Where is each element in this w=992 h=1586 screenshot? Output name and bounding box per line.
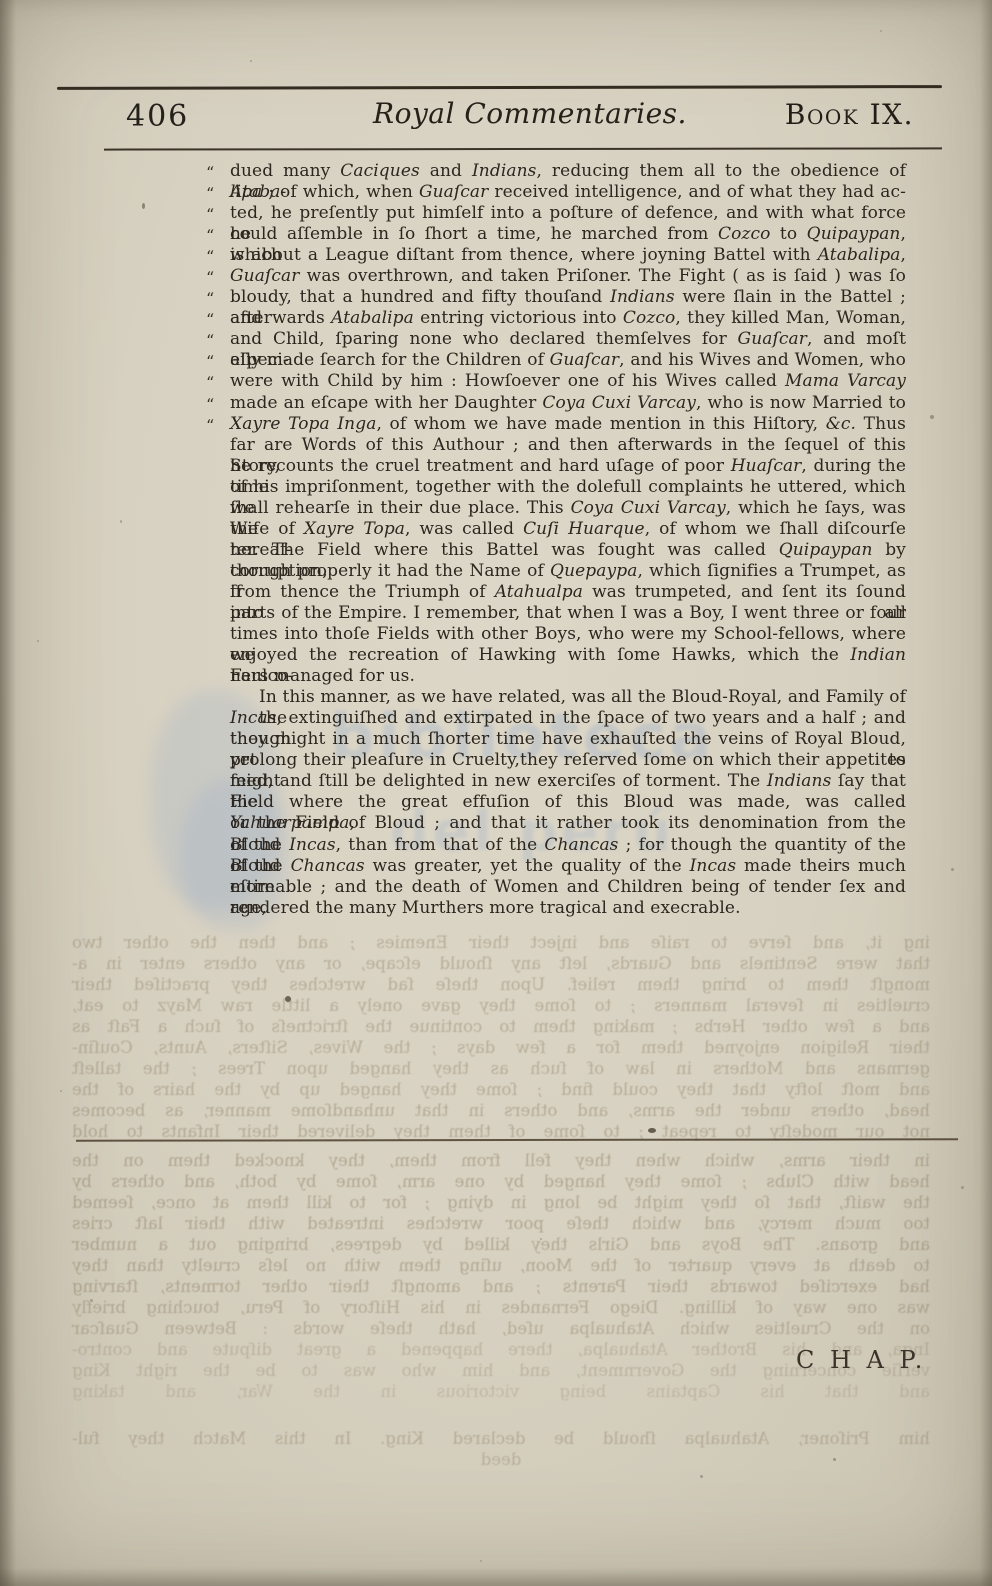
book-page-scan: { "page": { "number": "406", "running_ti… xyxy=(0,0,992,1586)
text-line: “bloudy, that a hundred and fifty thouſa… xyxy=(230,287,906,308)
text-line: ſhall rehearſe in their due place. This … xyxy=(230,498,906,519)
text: to xyxy=(770,224,806,244)
bleedthrough-line: on the Cruelties which Atahualpa uſed, h… xyxy=(72,1318,930,1339)
text-line: “ally made ſearch for the Children of Gu… xyxy=(230,350,906,371)
ink-speck xyxy=(540,1238,542,1240)
quotation-mark: “ xyxy=(206,204,214,225)
text-line: of his impriſonment, together with the d… xyxy=(230,477,906,498)
text: of the xyxy=(230,856,291,876)
text-line: eſtimable ; and the death of Women and C… xyxy=(230,877,906,898)
text: he recounts the cruel treatment and hard… xyxy=(230,456,731,476)
text-block: “dued many Caciques and Indians, reducin… xyxy=(230,161,906,919)
text-line: “Xayre Topa Inga, of whom we have made m… xyxy=(230,414,906,435)
italic-text: Caciques xyxy=(340,161,420,181)
quotation-mark: “ xyxy=(206,162,214,183)
text: was greater, yet the quality of the xyxy=(365,856,690,876)
page-right-shadow xyxy=(980,0,992,1586)
section-divider-rule xyxy=(76,1138,958,1142)
text-line: prolong their pleaſure in Cruelty,they r… xyxy=(230,750,906,771)
bleedthrough-line: that were Sentinels and Guards, leſt any… xyxy=(72,953,930,974)
italic-text: Cuſi Huarque xyxy=(523,519,645,539)
text: though properly it had the Name of xyxy=(230,561,550,581)
text-line: of the Incas, than from that of the Chan… xyxy=(230,835,906,856)
text: bloudy, that a hundred and fifty thouſan… xyxy=(230,287,610,307)
quotation-mark: “ xyxy=(206,351,214,372)
text: , of whom we have made mention in this H… xyxy=(376,414,825,434)
italic-text: Huaſcar xyxy=(731,456,802,476)
quotation-mark: “ xyxy=(206,183,214,204)
text-line: “and Child, ſparing none who declared th… xyxy=(230,329,906,350)
text: Thus xyxy=(856,414,906,434)
bleedthrough-line: mongſt them to bring them relief. Upon t… xyxy=(72,974,930,995)
ink-speck xyxy=(60,1090,62,1092)
text-line: of the Chancas was greater, yet the qual… xyxy=(230,856,906,877)
text-line: Field where the great effuſion of this B… xyxy=(230,792,906,813)
text: Wife of xyxy=(230,519,304,539)
text: could aſſemble in ſo ſhort a time, he ma… xyxy=(230,224,718,244)
text-line: ners managed for us. xyxy=(230,666,906,687)
text-line: from thence the Triumph of Atahualpa was… xyxy=(230,582,906,603)
catchword: C H A P. xyxy=(796,1346,926,1374)
text: , was called xyxy=(405,519,523,539)
italic-text: Mama Varcay xyxy=(785,371,906,391)
text: was overthrown, and taken Priſoner. The … xyxy=(299,266,906,286)
ink-speck xyxy=(930,415,934,419)
italic-text: Atahualpa xyxy=(495,582,583,602)
text-line: feed, and ſtill be delighted in new exer… xyxy=(230,771,906,792)
text-line: enjoyed the recreation of Hawking with ſ… xyxy=(230,645,906,666)
text: dued many xyxy=(230,161,340,181)
text: of the xyxy=(230,835,289,855)
italic-text: &c. xyxy=(826,414,856,434)
bleedthrough-line: the waiſt, that ſo they might be long in… xyxy=(72,1192,930,1213)
text: enjoyed the recreation of Hawking with ſ… xyxy=(230,645,850,665)
italic-text: Quipaypan xyxy=(779,540,873,560)
text: from thence the Triumph of xyxy=(230,582,495,602)
page-bottom-shadow xyxy=(0,1568,992,1586)
text: afterwards xyxy=(230,308,331,328)
header-rule-bottom xyxy=(104,147,942,150)
bleedthrough-line: deed xyxy=(72,1449,930,1470)
ink-speck xyxy=(961,1186,964,1189)
ink-speck xyxy=(90,1299,93,1302)
text: and xyxy=(420,161,472,181)
italic-text: Incas xyxy=(230,708,277,728)
quotation-mark: “ xyxy=(206,246,214,267)
italic-text: Indians xyxy=(472,161,537,181)
text: , and his Wives and Women, who xyxy=(619,350,906,370)
ink-speck xyxy=(833,1458,836,1461)
text-line: ter. The Field where this Battel was fou… xyxy=(230,540,906,561)
ink-speck xyxy=(120,520,122,523)
text: ter. The Field where this Battel was fou… xyxy=(230,540,779,560)
text: entring victorious into xyxy=(414,308,623,328)
header-rule-top xyxy=(57,85,942,90)
bleedthrough-line: too much mercy, and which theſe poor wre… xyxy=(72,1213,930,1234)
text-line: “is about a League diſtant from thence, … xyxy=(230,245,906,266)
ink-speck xyxy=(951,868,954,871)
ink-speck xyxy=(250,60,252,62)
text: and Child, ſparing none who declared the… xyxy=(230,329,738,349)
text: feed, and ſtill be delighted in new exer… xyxy=(230,771,767,791)
text-line: though properly it had the Name of Quepa… xyxy=(230,561,906,582)
text-line: they might in a much ſhorter time have e… xyxy=(230,729,906,750)
text: , xyxy=(900,245,906,265)
italic-text: Xayre Topa Inga xyxy=(230,414,376,434)
bleedthrough-line: head, others under the arms, and others … xyxy=(72,1100,930,1121)
italic-text: Incas xyxy=(690,856,737,876)
quotation-mark: “ xyxy=(206,267,214,288)
quotation-mark: “ xyxy=(206,330,214,351)
text: ſhall rehearſe in their due place. This xyxy=(230,498,571,518)
text: , who is now Married to xyxy=(696,393,906,413)
text: , they killed Man, Woman, xyxy=(675,308,906,328)
bleedthrough-line: had exerciſed towards their Parents ; an… xyxy=(72,1276,930,1297)
text-line: “could aſſemble in ſo ſhort a time, he m… xyxy=(230,224,906,245)
italic-text: Indians xyxy=(610,287,675,307)
text-line: Wife of Xayre Topa, was called Cuſi Huar… xyxy=(230,519,906,540)
ink-speck xyxy=(37,640,39,642)
text: were with Child by him : Howſoever one o… xyxy=(230,371,785,391)
italic-text: Indian xyxy=(850,645,906,665)
quotation-mark: “ xyxy=(206,309,214,330)
quotation-mark: “ xyxy=(206,415,214,436)
bleedthrough-line: and groans. The Boys and Girls they kill… xyxy=(72,1234,930,1255)
bleedthrough-line: germans and Mothers in law of ſuch as th… xyxy=(72,1058,930,1079)
text-line: “Guaſcar was overthrown, and taken Priſo… xyxy=(230,266,906,287)
bleedthrough-line: and that his Captains being victorious i… xyxy=(72,1381,930,1402)
text-line: In this manner, as we have related, was … xyxy=(230,687,906,708)
italic-text: lipa xyxy=(230,182,262,202)
quotation-mark: “ xyxy=(206,372,214,393)
text-line: rendered the many Murthers more tragical… xyxy=(230,898,906,919)
text-line: “made an eſcape with her Daughter Coya C… xyxy=(230,393,906,414)
bleedthrough-line: and a few other Herbs ; making them to c… xyxy=(72,1016,930,1037)
quotation-mark: “ xyxy=(206,288,214,309)
text-line: “ted, he preſently put himſelf into a po… xyxy=(230,203,906,224)
text-line: Incas, extinguiſhed and extirpated in th… xyxy=(230,708,906,729)
italic-text: Quipaypan xyxy=(807,224,901,244)
ink-speck xyxy=(880,30,882,32)
text-line: or the Field of Bloud ; and that it rath… xyxy=(230,813,906,834)
text: ners managed for us. xyxy=(230,666,415,686)
italic-text: Coya Cuxi Varcay xyxy=(571,498,726,518)
text: ally made ſearch for the Children of xyxy=(230,350,550,370)
text-line: far are Words of this Authour ; and then… xyxy=(230,435,906,456)
italic-text: Guaſcar xyxy=(419,182,488,202)
italic-text: Incas xyxy=(289,835,336,855)
ink-speck xyxy=(285,996,291,1002)
book-label: Book IX. xyxy=(785,98,914,131)
text-line: “afterwards Atabalipa entring victorious… xyxy=(230,308,906,329)
ink-speck xyxy=(700,1475,703,1478)
text-line: he recounts the cruel treatment and hard… xyxy=(230,456,906,477)
quotation-mark: “ xyxy=(206,225,214,246)
italic-text: Cozco xyxy=(623,308,675,328)
bleedthrough-line: to death at every quarter of the Moon, u… xyxy=(72,1255,930,1276)
italic-text: Chancas xyxy=(291,856,365,876)
text-line: times into thoſe Fields with other Boys,… xyxy=(230,624,906,645)
bleedthrough-line: head with Clubs ; ſome they hanged by on… xyxy=(72,1171,930,1192)
bleedthrough-line: in their arms, which when they fell from… xyxy=(72,1150,930,1171)
text-line: “were with Child by him : Howſoever one … xyxy=(230,371,906,392)
text: received intelligence, and of what they … xyxy=(488,182,906,202)
text-line: “dued many Caciques and Indians, reducin… xyxy=(230,161,906,182)
italic-text: Quepaypa xyxy=(550,561,637,581)
italic-text: Guaſcar xyxy=(738,329,807,349)
ink-speck xyxy=(648,1128,656,1133)
bleedthrough-line: their Religion enjoyned them for a few d… xyxy=(72,1037,930,1058)
quotation-mark: “ xyxy=(206,394,214,415)
bleedthrough-line: and moſt lofty that they could find ; ſo… xyxy=(72,1079,930,1100)
text: parts of the Empire. I remember, that wh… xyxy=(230,603,906,623)
italic-text: Coya Cuxi Varcay xyxy=(542,393,696,413)
text: rendered the many Murthers more tragical… xyxy=(230,898,741,918)
text: is about a League diſtant from thence, w… xyxy=(230,245,818,265)
italic-text: Cozco xyxy=(718,224,770,244)
bleedthrough-line: ing it, and ſerve to raiſe and inject th… xyxy=(72,932,930,953)
text: Field where the great effuſion of this B… xyxy=(230,792,906,812)
text-line: parts of the Empire. I remember, that wh… xyxy=(230,603,906,624)
italic-text: Xayre Topa xyxy=(304,519,405,539)
ink-speck xyxy=(142,203,145,209)
italic-text: Chancas xyxy=(544,835,618,855)
ink-speck xyxy=(480,1560,482,1562)
text: , reducing them all to the obedience of xyxy=(536,161,906,181)
italic-text: Guaſcar xyxy=(550,350,619,370)
italic-text: Indians xyxy=(767,771,832,791)
bleedthrough-line: him Priſoner, Atahualpa ſhould be declar… xyxy=(72,1428,930,1449)
bleedthrough-line: was one way of killing. Diego Fernandes … xyxy=(72,1297,930,1318)
text: made an eſcape with her Daughter xyxy=(230,393,542,413)
italic-text: Atabalipa xyxy=(818,245,901,265)
page-left-shadow xyxy=(0,0,16,1586)
italic-text: Guaſcar xyxy=(230,266,299,286)
text: , than from that of the xyxy=(336,835,545,855)
italic-text: Atabalipa xyxy=(331,308,414,328)
bleedthrough-line: cruelties in ſeveral manners ; to ſome t… xyxy=(72,995,930,1016)
text-line: “lipa ; of which, when Guaſcar received … xyxy=(230,182,906,203)
text: ; of which, when xyxy=(262,182,419,202)
